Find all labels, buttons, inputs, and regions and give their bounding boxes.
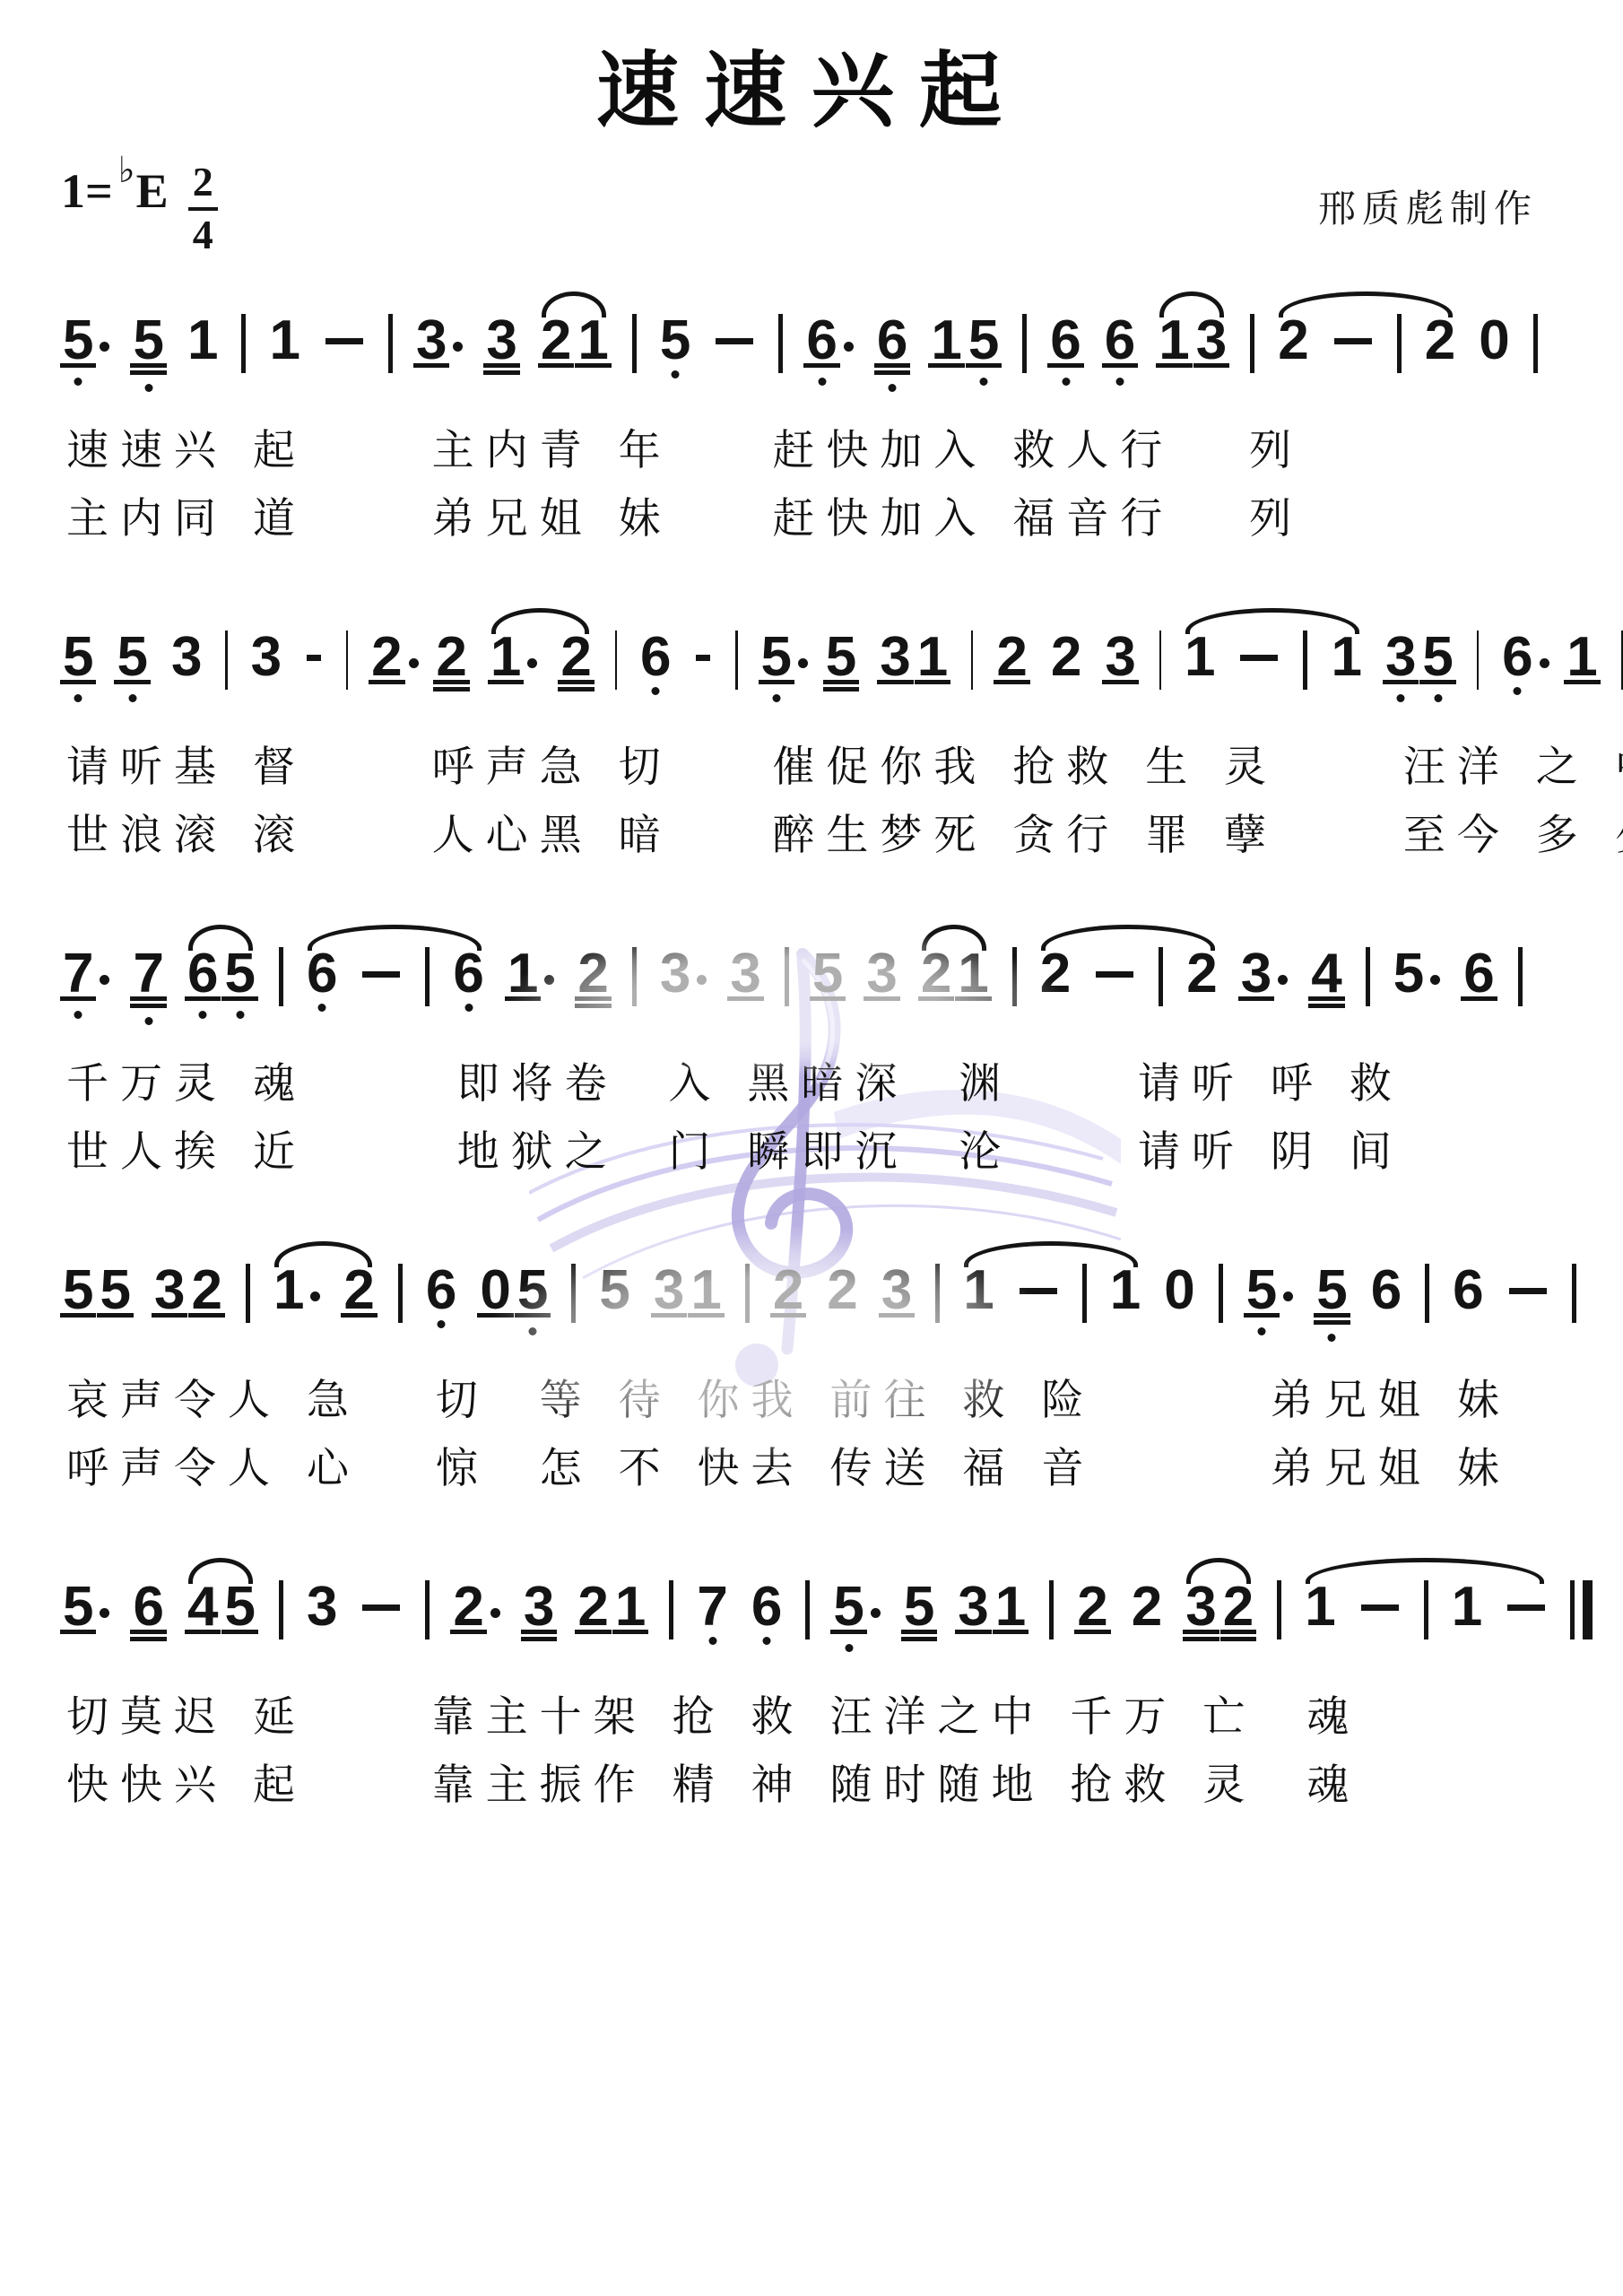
octave-dot [128,694,136,702]
note: 6 [133,1587,163,1628]
note-digit: 1 [1567,637,1597,678]
dash [694,637,712,678]
note-digit: 1 [1185,637,1215,678]
note: 5 [761,637,792,678]
note-digit: 5 [133,320,163,361]
slur-group: 22 [1040,953,1218,1006]
note: 5 [1422,637,1453,678]
barline [246,1264,250,1323]
octave-dot [529,1327,537,1335]
dash [1094,953,1135,995]
note-digit: 5 [968,320,999,361]
note: 1 [1567,637,1597,678]
note-digit: 6 [453,953,483,995]
note: 7 [133,953,163,995]
barline [1572,1264,1576,1323]
note: 2 [921,953,951,995]
note-digit: 1 [273,1270,304,1311]
note: 5 [224,953,255,995]
rhythm-dot [1283,1270,1293,1311]
note: 1 [273,1270,304,1311]
note: 6 [640,637,671,678]
time-signature: 2 4 [188,160,218,256]
octave-dot [818,378,826,386]
note-digit: 3 [307,1587,337,1628]
note-digit: 1 [508,953,538,995]
note: 1 [1110,1270,1141,1311]
note-digit: 5 [1422,637,1453,678]
note-digit: 6 [1502,637,1532,678]
note: 3 [171,637,202,678]
slur-group: 21 [921,953,989,995]
note: 5 [63,637,93,678]
note-digit: 2 [453,1587,483,1628]
note-digit: 2 [773,1270,803,1311]
barline [398,1264,403,1323]
rhythm-dot [1540,637,1544,678]
note: 1 [187,320,218,361]
notation-row-5: 564532321765531223211 [0,1587,1623,1639]
note: 1 [690,1270,721,1311]
octave-dot [144,1017,152,1025]
note-digit: 2 [1425,320,1455,361]
note-digit: 5 [812,953,843,995]
note-digit: 1 [931,320,961,361]
note-digit: 5 [826,637,856,678]
note: 1 [508,953,538,995]
note-digit: 3 [171,637,202,678]
meter-denominator: 4 [188,211,218,256]
rhythm-dot [544,953,554,995]
note-digit: 2 [1223,1587,1254,1628]
note: 5 [1393,953,1424,995]
note-digit: 2 [827,1270,857,1311]
barline [571,1264,576,1323]
note-digit: 2 [1077,1587,1107,1628]
note: 2 [371,637,402,678]
note-digit: 5 [904,1587,934,1628]
note: 2 [827,1270,857,1311]
slur-group: 11 [1305,1587,1547,1639]
barline [1159,631,1161,690]
barline [1425,1264,1429,1323]
octave-dot [144,384,152,392]
note: 6 [806,320,837,361]
note-digit: 3 [660,953,690,995]
note: 1 [917,637,948,678]
note-digit: 2 [577,953,608,995]
barline [1022,314,1027,373]
note: 1 [1305,1587,1335,1628]
note: 1 [615,1587,646,1628]
note-digit: 2 [921,953,951,995]
note: 6 [1371,1270,1402,1311]
note: 1 [963,1270,994,1311]
note-digit: 3 [524,1587,554,1628]
note: 2 [1077,1587,1107,1628]
note: 6 [1463,953,1494,995]
note: 6 [877,320,907,361]
barline [805,1580,810,1639]
note-digit: 3 [1105,637,1135,678]
note-digit: 5 [517,1270,548,1311]
note: 2 [1223,1587,1254,1628]
page-title: 速速兴起 [0,41,1623,142]
slur-group: 66 [307,953,484,1006]
rhythm-dot [1430,953,1440,995]
note: 3 [1241,953,1271,995]
note-digit: 3 [730,953,760,995]
note-digit: 6 [877,320,907,361]
note: 6 [307,953,337,995]
barline [778,314,783,373]
note: 1 [577,320,608,361]
barline [1012,947,1017,1006]
note: 4 [187,1587,218,1628]
note: 2 [453,1587,483,1628]
note: 5 [812,953,843,995]
system-2: 5533221265531223113561请听基 督 呼声急 切 催促你我 抢… [0,604,1623,864]
octave-dot [980,378,988,386]
note-digit: 5 [100,1270,130,1311]
note-digit: 6 [187,953,218,995]
note-digit: 6 [751,1587,782,1628]
lyric-line-5-verse-1: 切莫迟 延 靠主十架 抢 救 汪洋之中 千万 亡 魂 [0,1690,1623,1745]
note: 1 [1185,637,1215,678]
note: 3 [251,637,282,678]
note: 3 [154,1270,185,1311]
note: 1 [1331,637,1361,678]
note-digit: 5 [224,953,255,995]
note: 3 [1196,320,1227,361]
note: 3 [958,1587,988,1628]
barline [1533,314,1538,373]
octave-dot [672,370,680,378]
note: 5 [224,1587,255,1628]
barline [971,631,973,690]
lyric-line-2-verse-1: 请听基 督 呼声急 切 催促你我 抢救 生 灵 汪洋 之 中 [0,740,1623,796]
note-digit: 6 [1371,1270,1402,1311]
note-digit: 5 [1393,953,1424,995]
note-digit: 7 [133,953,163,995]
octave-dot [772,694,780,702]
system-5: 564532321765531223211切莫迟 延 靠主十架 抢 救 汪洋之中… [0,1554,1623,1813]
note-digit: 1 [1159,320,1189,361]
dash [360,1587,402,1628]
note-digit: 1 [995,1587,1026,1628]
note: 6 [187,953,218,995]
key-signature: 1=♭E 2 4 [61,167,218,263]
tonic-prefix: 1= [61,167,113,215]
rhythm-dot [697,953,707,995]
note-digit: 5 [833,1587,864,1628]
note-digit: 7 [697,1587,727,1628]
dash [714,320,755,361]
sheet-music-page: 速速兴起 1=♭E 2 4 邢质彪制作 55113321566156613220… [0,0,1623,1813]
note: 7 [697,1587,727,1628]
octave-dot [763,1637,771,1645]
note: 3 [660,953,690,995]
note: 5 [833,1587,864,1628]
note-digit: 2 [1132,1587,1162,1628]
rhythm-dot [310,1270,320,1311]
barline [632,314,637,373]
barline [632,947,637,1006]
note-digit: 5 [1246,1270,1277,1311]
rhythm-dot [871,1587,881,1628]
note-digit: 1 [1452,1587,1482,1628]
rhythm-dot [100,320,109,361]
note: 1 [1452,1587,1482,1628]
lyric-line-3-verse-1: 千万灵 魂 即将卷 入 黑暗深 渊 请听 呼 救 [0,1057,1623,1112]
note-digit: 5 [117,637,147,678]
octave-dot [74,694,82,702]
dash [1238,637,1280,678]
note: 6 [426,1270,456,1311]
note: 2 [577,953,608,995]
note: 3 [1385,637,1416,678]
note: 2 [1278,320,1308,361]
note: 5 [100,1270,130,1311]
note: 5 [968,320,999,361]
barline [279,947,283,1006]
note: 6 [1453,1270,1483,1311]
note: 1 [995,1587,1026,1628]
barline [425,1580,430,1639]
rhythm-dot [1278,953,1288,995]
note: 2 [1040,953,1071,995]
score: 55113321566156613220速速兴 起 主内青 年 赶快加入 救人行… [0,288,1623,1813]
note: 5 [117,637,147,678]
rhythm-dot [490,1587,500,1628]
note: 5 [1246,1270,1277,1311]
dash [305,637,323,678]
note-digit: 2 [1186,953,1217,995]
rhythm-dot [100,1587,109,1628]
barline [425,947,430,1006]
note: 3 [307,1587,337,1628]
barline [935,1264,940,1323]
note-digit: 5 [224,1587,255,1628]
slur-group: 11 [1185,637,1362,690]
barline [745,1264,750,1323]
note: 3 [524,1587,554,1628]
octave-dot [74,1011,82,1019]
notation-row-2: 5533221265531223113561 [0,637,1623,690]
barline [1159,947,1163,1006]
note-digit: 3 [1185,1587,1216,1628]
notation-row-1: 55113321566156613220 [0,320,1623,373]
note-digit: 5 [1316,1270,1347,1311]
octave-dot [845,1644,853,1652]
note-digit: 6 [1050,320,1081,361]
lyric-line-4-verse-2: 呼声令人 心 惊 怎 不 快去 传送 福 音 弟兄姐 妹 [0,1441,1623,1497]
note-digit: 3 [958,1587,988,1628]
dash [1507,1270,1549,1311]
rhythm-dot [453,320,463,361]
octave-dot [1434,694,1442,702]
note: 2 [343,1270,374,1311]
note-digit: 2 [1278,320,1308,361]
note: 0 [480,1270,510,1311]
key-letter: E [136,167,169,215]
note: 5 [660,320,690,361]
note: 2 [1425,320,1455,361]
note-digit: 5 [63,637,93,678]
octave-dot [889,384,897,392]
note-digit: 5 [761,637,792,678]
note: 1 [490,637,521,678]
flat-sign-icon: ♭ [118,152,135,188]
note-digit: 1 [615,1587,646,1628]
octave-dot [1116,378,1124,386]
note-digit: 2 [371,637,402,678]
note: 5 [63,1270,93,1311]
rhythm-dot [409,637,413,678]
slur-group: 21 [541,320,609,361]
lyric-line-1-verse-1: 速速兴 起 主内青 年 赶快加入 救人行 列 [0,423,1623,479]
system-3: 77656612335321223456千万灵 魂 即将卷 入 黑暗深 渊 请听… [0,921,1623,1180]
note: 3 [1105,637,1135,678]
dash [360,953,402,995]
notation-row-3: 77656612335321223456 [0,953,1623,1006]
note-digit: 2 [1051,637,1081,678]
barline [669,1580,673,1639]
slur-group: 12 [273,1270,375,1311]
note: 7 [63,953,93,995]
note-digit: 6 [1453,1270,1483,1311]
note: 2 [541,320,571,361]
notation-row-4: 5532126055312231105566 [0,1270,1623,1323]
note-digit: 0 [480,1270,510,1311]
lyric-line-1-verse-2: 主内同 道 弟兄姐 妹 赶快加入 福音行 列 [0,491,1623,547]
slur-group: 22 [1278,320,1455,373]
barline [785,947,789,1006]
note-digit: 2 [191,1270,221,1311]
note: 0 [1479,320,1509,361]
note-digit: 1 [1331,637,1361,678]
note-digit: 1 [577,320,608,361]
note-digit: 2 [996,637,1027,678]
note: 2 [996,637,1027,678]
note: 6 [1050,320,1081,361]
octave-dot [236,1011,244,1019]
note: 0 [1164,1270,1194,1311]
note-digit: 1 [963,1270,994,1311]
note-digit: 1 [1305,1587,1335,1628]
dash [1506,1587,1547,1628]
note: 2 [436,637,466,678]
dash [1018,1270,1059,1311]
barline [1366,947,1370,1006]
note-digit: 3 [880,637,910,678]
lyric-line-5-verse-2: 快快兴 起 靠主振作 精 神 随时随地 抢救 灵 魂 [0,1758,1623,1813]
note-digit: 3 [1241,953,1271,995]
note-digit: 1 [187,320,218,361]
note-digit: 1 [958,953,988,995]
note: 5 [826,637,856,678]
slur-group: 65 [187,953,256,995]
note-digit: 1 [490,637,521,678]
note-digit: 6 [640,637,671,678]
note-digit: 2 [436,637,466,678]
note-digit: 3 [654,1270,684,1311]
lyric-line-3-verse-2: 世人挨 近 地狱之 门 瞬即沉 沦 请听 阴 间 [0,1125,1623,1180]
note-digit: 3 [251,637,282,678]
slur-group: 45 [187,1587,256,1628]
barline [1303,631,1307,690]
octave-dot [438,1320,446,1328]
barline [1477,631,1479,690]
octave-dot [199,1011,207,1019]
note: 5 [599,1270,629,1311]
note-digit: 5 [660,320,690,361]
note-digit: 2 [541,320,571,361]
note: 5 [133,320,163,361]
dash [1332,320,1374,361]
barline [388,314,393,373]
note-digit: 2 [577,1587,608,1628]
note: 3 [654,1270,684,1311]
barline [1424,1580,1428,1639]
note: 2 [577,1587,608,1628]
note: 3 [730,953,760,995]
note-digit: 6 [1105,320,1135,361]
note: 3 [486,320,516,361]
octave-dot [1257,1327,1265,1335]
system-1: 55113321566156613220速速兴 起 主内青 年 赶快加入 救人行… [0,288,1623,547]
note: 5 [1316,1270,1347,1311]
note: 2 [191,1270,221,1311]
note-digit: 3 [486,320,516,361]
credit-text: 邢质彪制作 [1318,179,1538,233]
note: 6 [1105,320,1135,361]
note: 2 [773,1270,803,1311]
octave-dot [1062,378,1070,386]
barline [1219,1264,1223,1323]
slur-group: 13 [1159,320,1227,361]
note-digit: 0 [1479,320,1509,361]
slur-group: 11 [963,1270,1141,1323]
note: 1 [931,320,961,361]
note-digit: 4 [1311,953,1341,995]
dash [324,320,365,361]
note-digit: 2 [560,637,591,678]
lyric-line-4-verse-1: 哀声令人 急 切 等 待 你我 前往 救 险 弟兄姐 妹 [0,1373,1623,1429]
dash [1359,1587,1401,1628]
note: 4 [1311,953,1341,995]
note: 6 [453,953,483,995]
system-4: 5532126055312231105566哀声令人 急 切 等 待 你我 前往… [0,1238,1623,1497]
note-digit: 4 [187,1587,218,1628]
barline [225,631,227,690]
note: 1 [269,320,299,361]
barline [1277,1580,1281,1639]
rhythm-dot [798,637,803,678]
rhythm-dot [844,320,854,361]
note: 2 [1132,1587,1162,1628]
barline [1250,314,1254,373]
note: 3 [881,1270,912,1311]
note-digit: 5 [63,1587,93,1628]
meta-row: 1=♭E 2 4 邢质彪制作 [0,142,1623,268]
barline [1397,314,1402,373]
note-digit: 6 [133,1587,163,1628]
note: 2 [1186,953,1217,995]
octave-dot [1328,1334,1336,1342]
note: 3 [1185,1587,1216,1628]
note-digit: 6 [1463,953,1494,995]
